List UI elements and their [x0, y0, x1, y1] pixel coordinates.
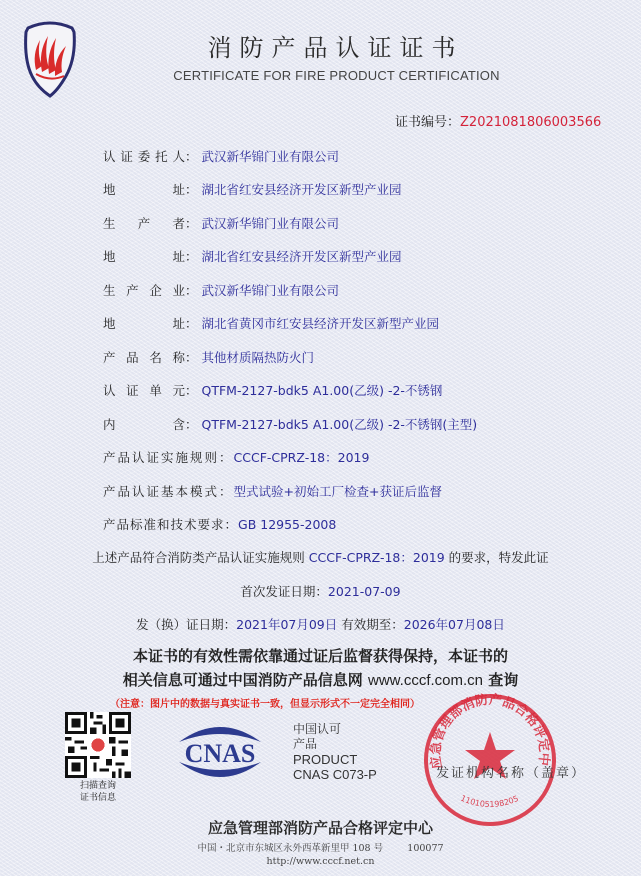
- certificate-number-value: Z2021081806003566: [460, 115, 601, 130]
- qr-code-icon[interactable]: [65, 712, 131, 778]
- first-issue-date: 首次发证日期：2021-07-09: [0, 582, 641, 600]
- svg-text:CNAS: CNAS: [185, 739, 256, 768]
- field-row: 内含：QTFM-2127-bdk5 A1.00(乙级) -2-不锈钢(主型): [103, 415, 477, 433]
- field-value: 其他材质隔热防火门: [202, 348, 315, 366]
- issue-and-validity: 发（换）证日期：2021年07月09日 有效期至：2026年07月08日: [0, 615, 641, 633]
- organization-website[interactable]: http://www.cccf.net.cn: [0, 856, 641, 867]
- validity-notice-line1: 本证书的有效性需依靠通过证后监督获得保持，本证书的: [0, 645, 641, 666]
- certificate-number-label: 证书编号：: [395, 115, 460, 130]
- display-warning: （注意：图片中的数据与真实证书一致，但显示形式不一定完全相同）: [110, 695, 420, 710]
- cnas-accreditation-text: 中国认可 产品 PRODUCT CNAS C073-P: [293, 722, 377, 782]
- field-row: 地址：湖北省红安县经济开发区新型产业园: [103, 247, 402, 265]
- field-label: 地址: [103, 247, 185, 265]
- field-value: 武汉新华锦门业有限公司: [202, 281, 340, 299]
- issuer-label: 发证机构名称（盖章）: [436, 762, 586, 781]
- field-row: 地址：湖北省黄冈市红安县经济开发区新型产业园: [103, 314, 439, 332]
- official-seal-icon: 应急管理部消防产品合格评定中心 110105198205 1: [420, 690, 560, 830]
- field-label: 地址: [103, 180, 185, 198]
- field-label: 认证委托人: [103, 147, 185, 165]
- field-certification-mode: 产品认证基本模式：型式试验+初始工厂检查+获证后监督: [103, 482, 442, 500]
- certificate-number: 证书编号：Z2021081806003566: [395, 111, 601, 130]
- field-value: 湖北省黄冈市红安县经济开发区新型产业园: [202, 314, 440, 332]
- field-label: 产品名称: [103, 348, 185, 366]
- certificate-subtitle: CERTIFICATE FOR FIRE PRODUCT CERTIFICATI…: [0, 68, 641, 83]
- field-row: 认证委托人：武汉新华锦门业有限公司: [103, 147, 339, 165]
- field-value: QTFM-2127-bdk5 A1.00(乙级) -2-不锈钢: [202, 381, 443, 399]
- validity-notice-line2: 相关信息可通过中国消防产品信息网 www.cccf.com.cn 查询: [0, 669, 641, 690]
- field-row: 生产者：武汉新华锦门业有限公司: [103, 214, 339, 232]
- field-value: 武汉新华锦门业有限公司: [202, 147, 340, 165]
- field-row: 认证单元：QTFM-2127-bdk5 A1.00(乙级) -2-不锈钢: [103, 381, 442, 399]
- organization-address: 中国・北京市东城区永外西革新里甲 108 号 100077: [0, 840, 641, 854]
- field-value: QTFM-2127-bdk5 A1.00(乙级) -2-不锈钢(主型): [202, 415, 478, 433]
- issuing-organization: 应急管理部消防产品合格评定中心: [0, 817, 641, 838]
- field-label: 地址: [103, 314, 185, 332]
- cnas-logo-icon: CNAS: [165, 718, 275, 784]
- field-label: 生产企业: [103, 281, 185, 299]
- field-row: 产品名称：其他材质隔热防火门: [103, 348, 314, 366]
- field-row: 生产企业：武汉新华锦门业有限公司: [103, 281, 339, 299]
- compliance-statement: 上述产品符合消防类产品认证实施规则 CCCF-CPRZ-18：2019 的要求，…: [0, 548, 641, 566]
- field-label: 认证单元: [103, 381, 185, 399]
- field-value: 湖北省红安县经济开发区新型产业园: [202, 180, 402, 198]
- field-value: 湖北省红安县经济开发区新型产业园: [202, 247, 402, 265]
- field-row: 地址：湖北省红安县经济开发区新型产业园: [103, 180, 402, 198]
- field-value: 武汉新华锦门业有限公司: [202, 214, 340, 232]
- field-standard: 产品标准和技术要求：GB 12955-2008: [103, 515, 336, 533]
- field-implementation-rule: 产品认证实施规则：CCCF-CPRZ-18：2019: [103, 448, 369, 466]
- field-label: 生产者: [103, 214, 185, 232]
- certificate-title: 消防产品认证证书: [0, 28, 641, 63]
- qr-caption: 扫描查询 证书信息: [70, 780, 126, 804]
- field-label: 内含: [103, 415, 185, 433]
- cccf-link[interactable]: www.cccf.com.cn: [368, 672, 483, 689]
